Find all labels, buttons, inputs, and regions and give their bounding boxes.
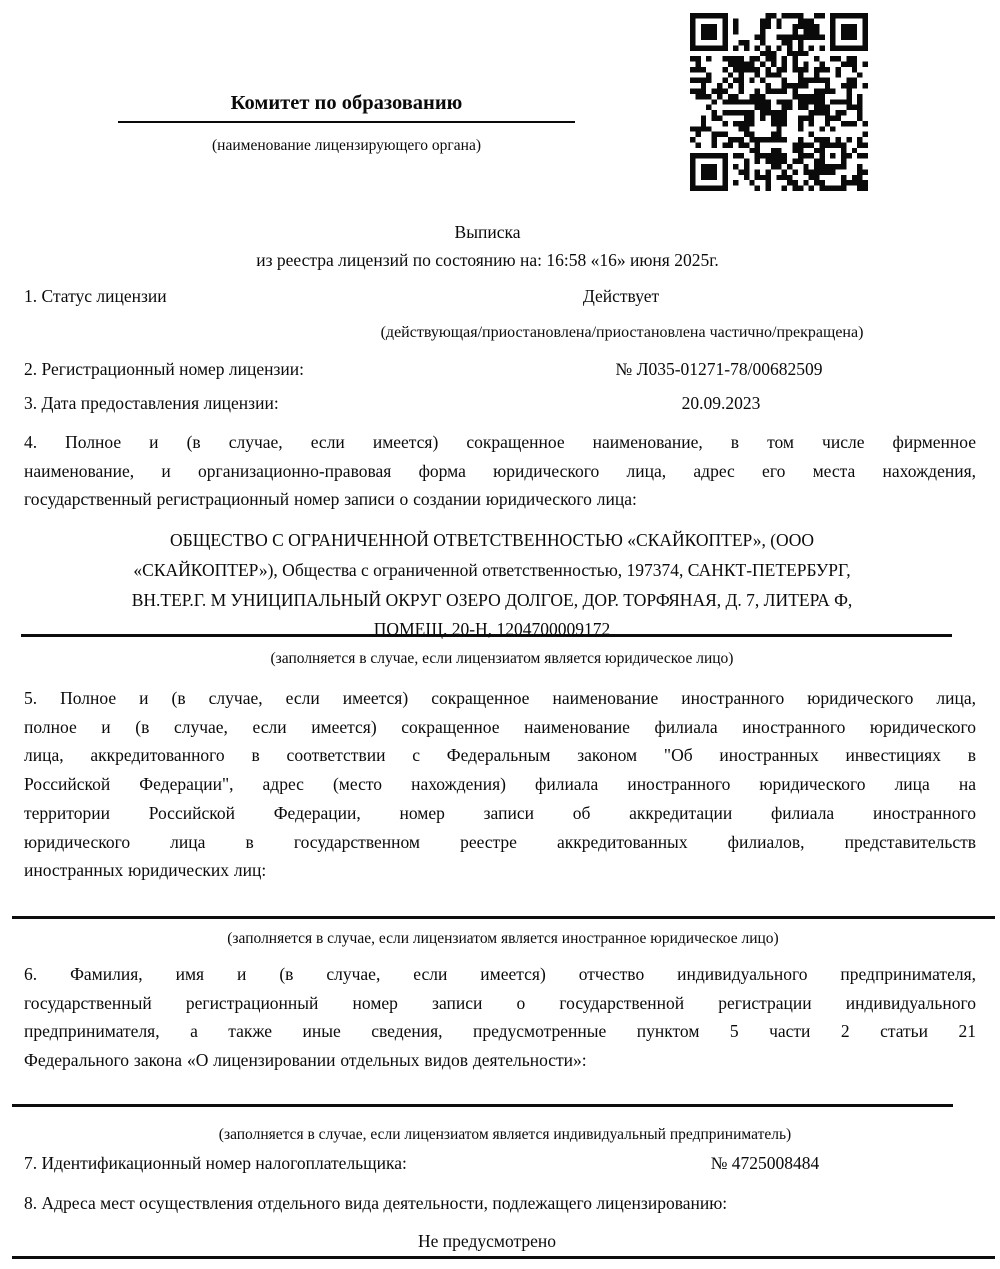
item5-text: 5. Полное и (в случае, если имеется) сок… bbox=[24, 684, 976, 885]
item4-text: 4. Полное и (в случае, если имеется) сок… bbox=[24, 428, 976, 514]
document-title: Выписка bbox=[12, 222, 963, 242]
licensing-authority-name: Комитет по образованию bbox=[118, 91, 575, 123]
activity-addresses-label: 8. Адреса мест осуществления отдельного … bbox=[24, 1193, 727, 1213]
grant-date-value: 20.09.2023 bbox=[682, 393, 761, 413]
taxpayer-id-label: 7. Идентификационный номер налогоплатель… bbox=[24, 1153, 407, 1173]
taxpayer-id-value: № 4725008484 bbox=[711, 1153, 820, 1173]
status-label: 1. Статус лицензии bbox=[24, 286, 167, 306]
qr-code bbox=[690, 13, 868, 191]
registration-number-label: 2. Регистрационный номер лицензии: bbox=[24, 359, 304, 379]
item6-text: 6. Фамилия, имя и (в случае, если имеетс… bbox=[24, 960, 976, 1075]
licensing-authority-caption: (наименование лицензирующего органа) bbox=[118, 136, 575, 155]
status-caption: (действующая/приостановлена/приостановле… bbox=[381, 323, 864, 342]
fill-line-legal-entity bbox=[21, 634, 952, 637]
document-subtitle: из реестра лицензий по состоянию на: 16:… bbox=[12, 250, 963, 270]
grant-date-label: 3. Дата предоставления лицензии: bbox=[24, 393, 279, 413]
item4-caption: (заполняется в случае, если лицензиатом … bbox=[271, 649, 734, 668]
fill-line-foreign-entity bbox=[12, 916, 995, 919]
fill-line-addresses bbox=[12, 1256, 995, 1259]
status-value: Действует bbox=[583, 286, 659, 306]
document-page: Комитет по образованию (наименование лиц… bbox=[0, 0, 1000, 1269]
registration-number-value: № Л035-01271-78/00682509 bbox=[616, 359, 823, 379]
legal-entity-name: ОБЩЕСТВО С ОГРАНИЧЕННОЙ ОТВЕТСТВЕННОСТЬЮ… bbox=[24, 526, 960, 645]
activity-addresses-value: Не предусмотрено bbox=[418, 1231, 556, 1251]
item5-caption: (заполняется в случае, если лицензиатом … bbox=[227, 929, 778, 948]
licensing-authority-block: Комитет по образованию (наименование лиц… bbox=[118, 91, 575, 155]
fill-line-entrepreneur bbox=[12, 1104, 953, 1107]
item6-caption: (заполняется в случае, если лицензиатом … bbox=[219, 1125, 791, 1144]
